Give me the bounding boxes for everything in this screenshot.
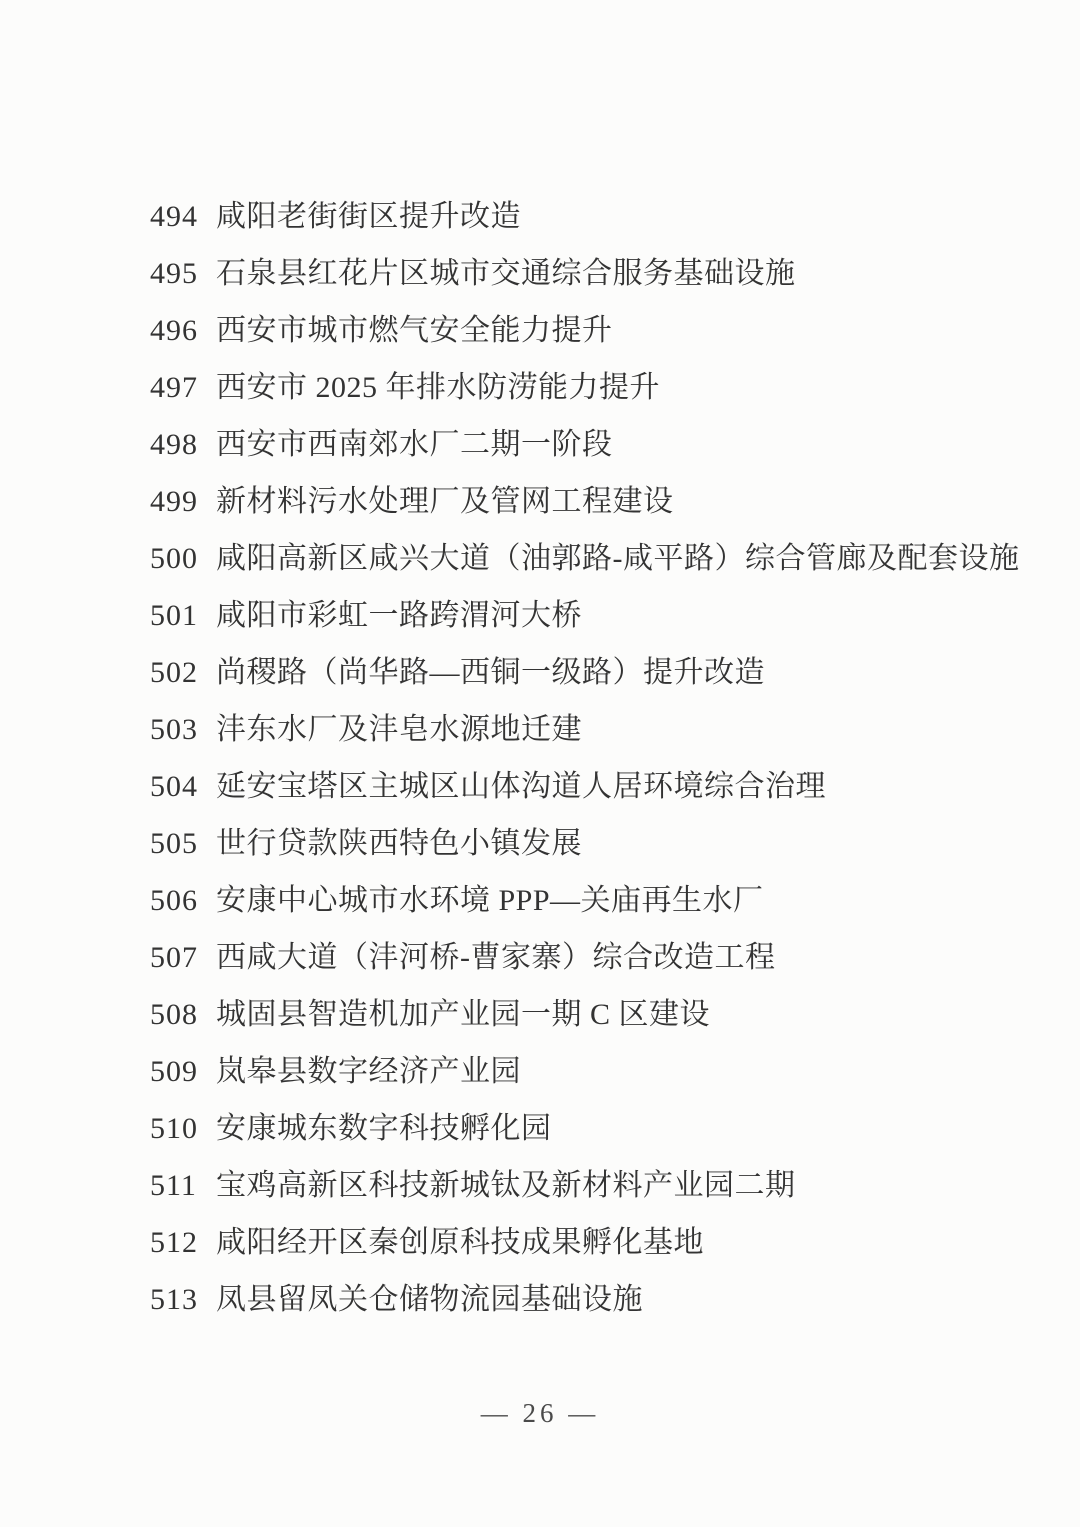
item-title: 凤县留凤关仓储物流园基础设施 [216, 1271, 643, 1328]
item-number: 505 [150, 815, 216, 872]
list-item: 499 新材料污水处理厂及管网工程建设 [150, 473, 1000, 530]
item-title: 西安市西南郊水厂二期一阶段 [216, 416, 613, 473]
page-number: — 26 — [481, 1398, 600, 1428]
item-number: 508 [150, 986, 216, 1043]
item-number: 503 [150, 701, 216, 758]
item-number: 495 [150, 245, 216, 302]
item-title: 延安宝塔区主城区山体沟道人居环境综合治理 [216, 758, 826, 815]
item-title: 岚皋县数字经济产业园 [216, 1043, 521, 1100]
list-item: 509 岚皋县数字经济产业园 [150, 1043, 1000, 1100]
item-number: 502 [150, 644, 216, 701]
item-title: 咸阳市彩虹一路跨渭河大桥 [216, 587, 582, 644]
page-footer: — 26 — [0, 1398, 1080, 1429]
project-list: 494 咸阳老街街区提升改造 495 石泉县红花片区城市交通综合服务基础设施 4… [150, 188, 1000, 1328]
list-item: 506 安康中心城市水环境 PPP—关庙再生水厂 [150, 872, 1000, 929]
item-title: 新材料污水处理厂及管网工程建设 [216, 473, 674, 530]
list-item: 494 咸阳老街街区提升改造 [150, 188, 1000, 245]
list-item: 503 沣东水厂及沣皂水源地迁建 [150, 701, 1000, 758]
item-number: 513 [150, 1271, 216, 1328]
item-number: 499 [150, 473, 216, 530]
item-number: 501 [150, 587, 216, 644]
item-number: 504 [150, 758, 216, 815]
item-title: 城固县智造机加产业园一期 C 区建设 [216, 986, 710, 1043]
item-title: 西安市 2025 年排水防涝能力提升 [216, 359, 660, 416]
item-number: 496 [150, 302, 216, 359]
list-item: 504 延安宝塔区主城区山体沟道人居环境综合治理 [150, 758, 1000, 815]
item-title: 尚稷路（尚华路—西铜一级路）提升改造 [216, 644, 765, 701]
list-item: 502 尚稷路（尚华路—西铜一级路）提升改造 [150, 644, 1000, 701]
document-page: 494 咸阳老街街区提升改造 495 石泉县红花片区城市交通综合服务基础设施 4… [0, 0, 1080, 1527]
item-title: 西咸大道（沣河桥-曹家寨）综合改造工程 [216, 929, 776, 986]
item-title: 宝鸡高新区科技新城钛及新材料产业园二期 [216, 1157, 796, 1214]
item-title: 咸阳老街街区提升改造 [216, 188, 521, 245]
item-number: 498 [150, 416, 216, 473]
item-number: 494 [150, 188, 216, 245]
list-item: 513 凤县留凤关仓储物流园基础设施 [150, 1271, 1000, 1328]
list-item: 495 石泉县红花片区城市交通综合服务基础设施 [150, 245, 1000, 302]
item-title: 西安市城市燃气安全能力提升 [216, 302, 613, 359]
list-item: 501 咸阳市彩虹一路跨渭河大桥 [150, 587, 1000, 644]
item-number: 497 [150, 359, 216, 416]
list-item: 500 咸阳高新区咸兴大道（油郭路-咸平路）综合管廊及配套设施 [150, 530, 1000, 587]
item-title: 咸阳经开区秦创原科技成果孵化基地 [216, 1214, 704, 1271]
item-title: 安康中心城市水环境 PPP—关庙再生水厂 [216, 872, 764, 929]
item-number: 510 [150, 1100, 216, 1157]
list-item: 510 安康城东数字科技孵化园 [150, 1100, 1000, 1157]
item-title: 石泉县红花片区城市交通综合服务基础设施 [216, 245, 796, 302]
list-item: 497 西安市 2025 年排水防涝能力提升 [150, 359, 1000, 416]
list-item: 498 西安市西南郊水厂二期一阶段 [150, 416, 1000, 473]
item-number: 512 [150, 1214, 216, 1271]
item-number: 511 [150, 1157, 216, 1214]
list-item: 508 城固县智造机加产业园一期 C 区建设 [150, 986, 1000, 1043]
list-item: 511 宝鸡高新区科技新城钛及新材料产业园二期 [150, 1157, 1000, 1214]
item-number: 507 [150, 929, 216, 986]
item-number: 506 [150, 872, 216, 929]
item-number: 500 [150, 530, 216, 587]
list-item: 505 世行贷款陕西特色小镇发展 [150, 815, 1000, 872]
item-title: 沣东水厂及沣皂水源地迁建 [216, 701, 582, 758]
list-item: 512 咸阳经开区秦创原科技成果孵化基地 [150, 1214, 1000, 1271]
list-item: 496 西安市城市燃气安全能力提升 [150, 302, 1000, 359]
item-number: 509 [150, 1043, 216, 1100]
item-title: 咸阳高新区咸兴大道（油郭路-咸平路）综合管廊及配套设施 [216, 530, 1020, 587]
list-item: 507 西咸大道（沣河桥-曹家寨）综合改造工程 [150, 929, 1000, 986]
item-title: 世行贷款陕西特色小镇发展 [216, 815, 582, 872]
item-title: 安康城东数字科技孵化园 [216, 1100, 552, 1157]
